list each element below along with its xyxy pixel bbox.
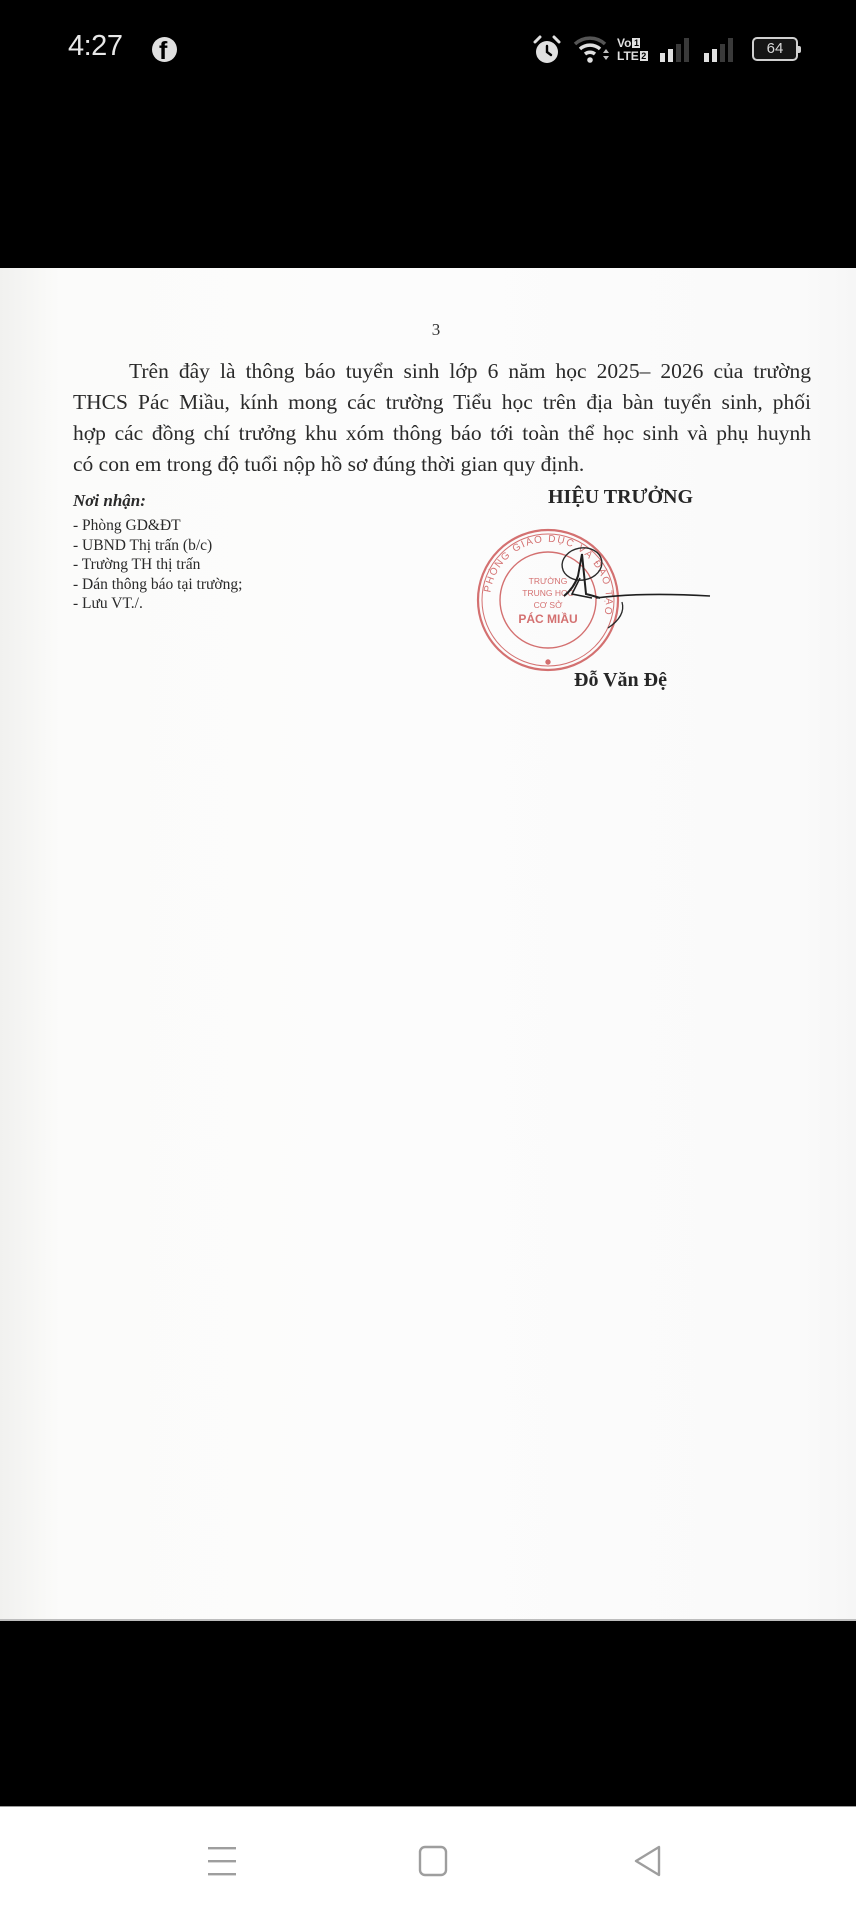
signer-title: HIỆU TRƯỞNG	[548, 486, 693, 509]
signal-sim2-icon	[704, 38, 733, 62]
status-time: 4:27	[68, 30, 122, 63]
recipient-item: - UBND Thị trấn (b/c)	[73, 536, 242, 556]
status-bar: 4:27 f Vo1 LTE2 64	[0, 0, 856, 100]
recipient-item: - Dán thông báo tại trường;	[73, 575, 242, 595]
handwritten-signature	[522, 536, 722, 646]
battery-icon: 64	[752, 37, 798, 61]
facebook-notification-icon: f	[152, 37, 177, 62]
recipient-item: - Lưu VT./.	[73, 594, 242, 614]
paragraph-line: hợp các đồng chí trưởng khu xóm thông bá…	[73, 418, 811, 449]
volte-icon: Vo1 LTE2	[617, 36, 649, 62]
alarm-icon	[533, 35, 561, 65]
recipient-item: - Trường TH thị trấn	[73, 555, 242, 575]
page-number: 3	[0, 320, 856, 340]
recipients-title: Nơi nhận:	[73, 490, 242, 512]
back-button[interactable]	[628, 1841, 668, 1881]
paragraph-line: THCS Pác Miầu, kính mong các trường Tiểu…	[73, 387, 811, 418]
wifi-icon	[573, 34, 611, 64]
recents-button[interactable]	[202, 1841, 242, 1881]
recipient-item: - Phòng GD&ĐT	[73, 516, 242, 536]
back-triangle-icon	[633, 1845, 663, 1877]
navigation-bar	[0, 1806, 856, 1912]
paragraph-line: Trên đây là thông báo tuyển sinh lớp 6 n…	[73, 356, 811, 387]
image-viewer[interactable]: 3 Trên đây là thông báo tuyển sinh lớp 6…	[0, 100, 856, 1806]
recipients-list: - Phòng GD&ĐT - UBND Thị trấn (b/c) - Tr…	[73, 516, 242, 614]
signer-name: Đỗ Văn Đệ	[574, 669, 667, 692]
square-icon	[418, 1845, 448, 1877]
document-page[interactable]: 3 Trên đây là thông báo tuyển sinh lớp 6…	[0, 268, 856, 1621]
signature-block: HIỆU TRƯỞNG PHÒNG GIÁO DỤC VÀ ĐÀO TẠO TR…	[462, 486, 762, 716]
recipients-block: Nơi nhận: - Phòng GD&ĐT - UBND Thị trấn …	[73, 490, 242, 614]
body-paragraph: Trên đây là thông báo tuyển sinh lớp 6 n…	[73, 356, 811, 480]
home-button[interactable]	[413, 1841, 453, 1881]
signal-sim1-icon	[660, 38, 689, 62]
paragraph-line: có con em trong độ tuổi nộp hồ sơ đúng t…	[73, 449, 811, 480]
battery-level: 64	[754, 39, 796, 59]
menu-icon	[207, 1845, 237, 1877]
